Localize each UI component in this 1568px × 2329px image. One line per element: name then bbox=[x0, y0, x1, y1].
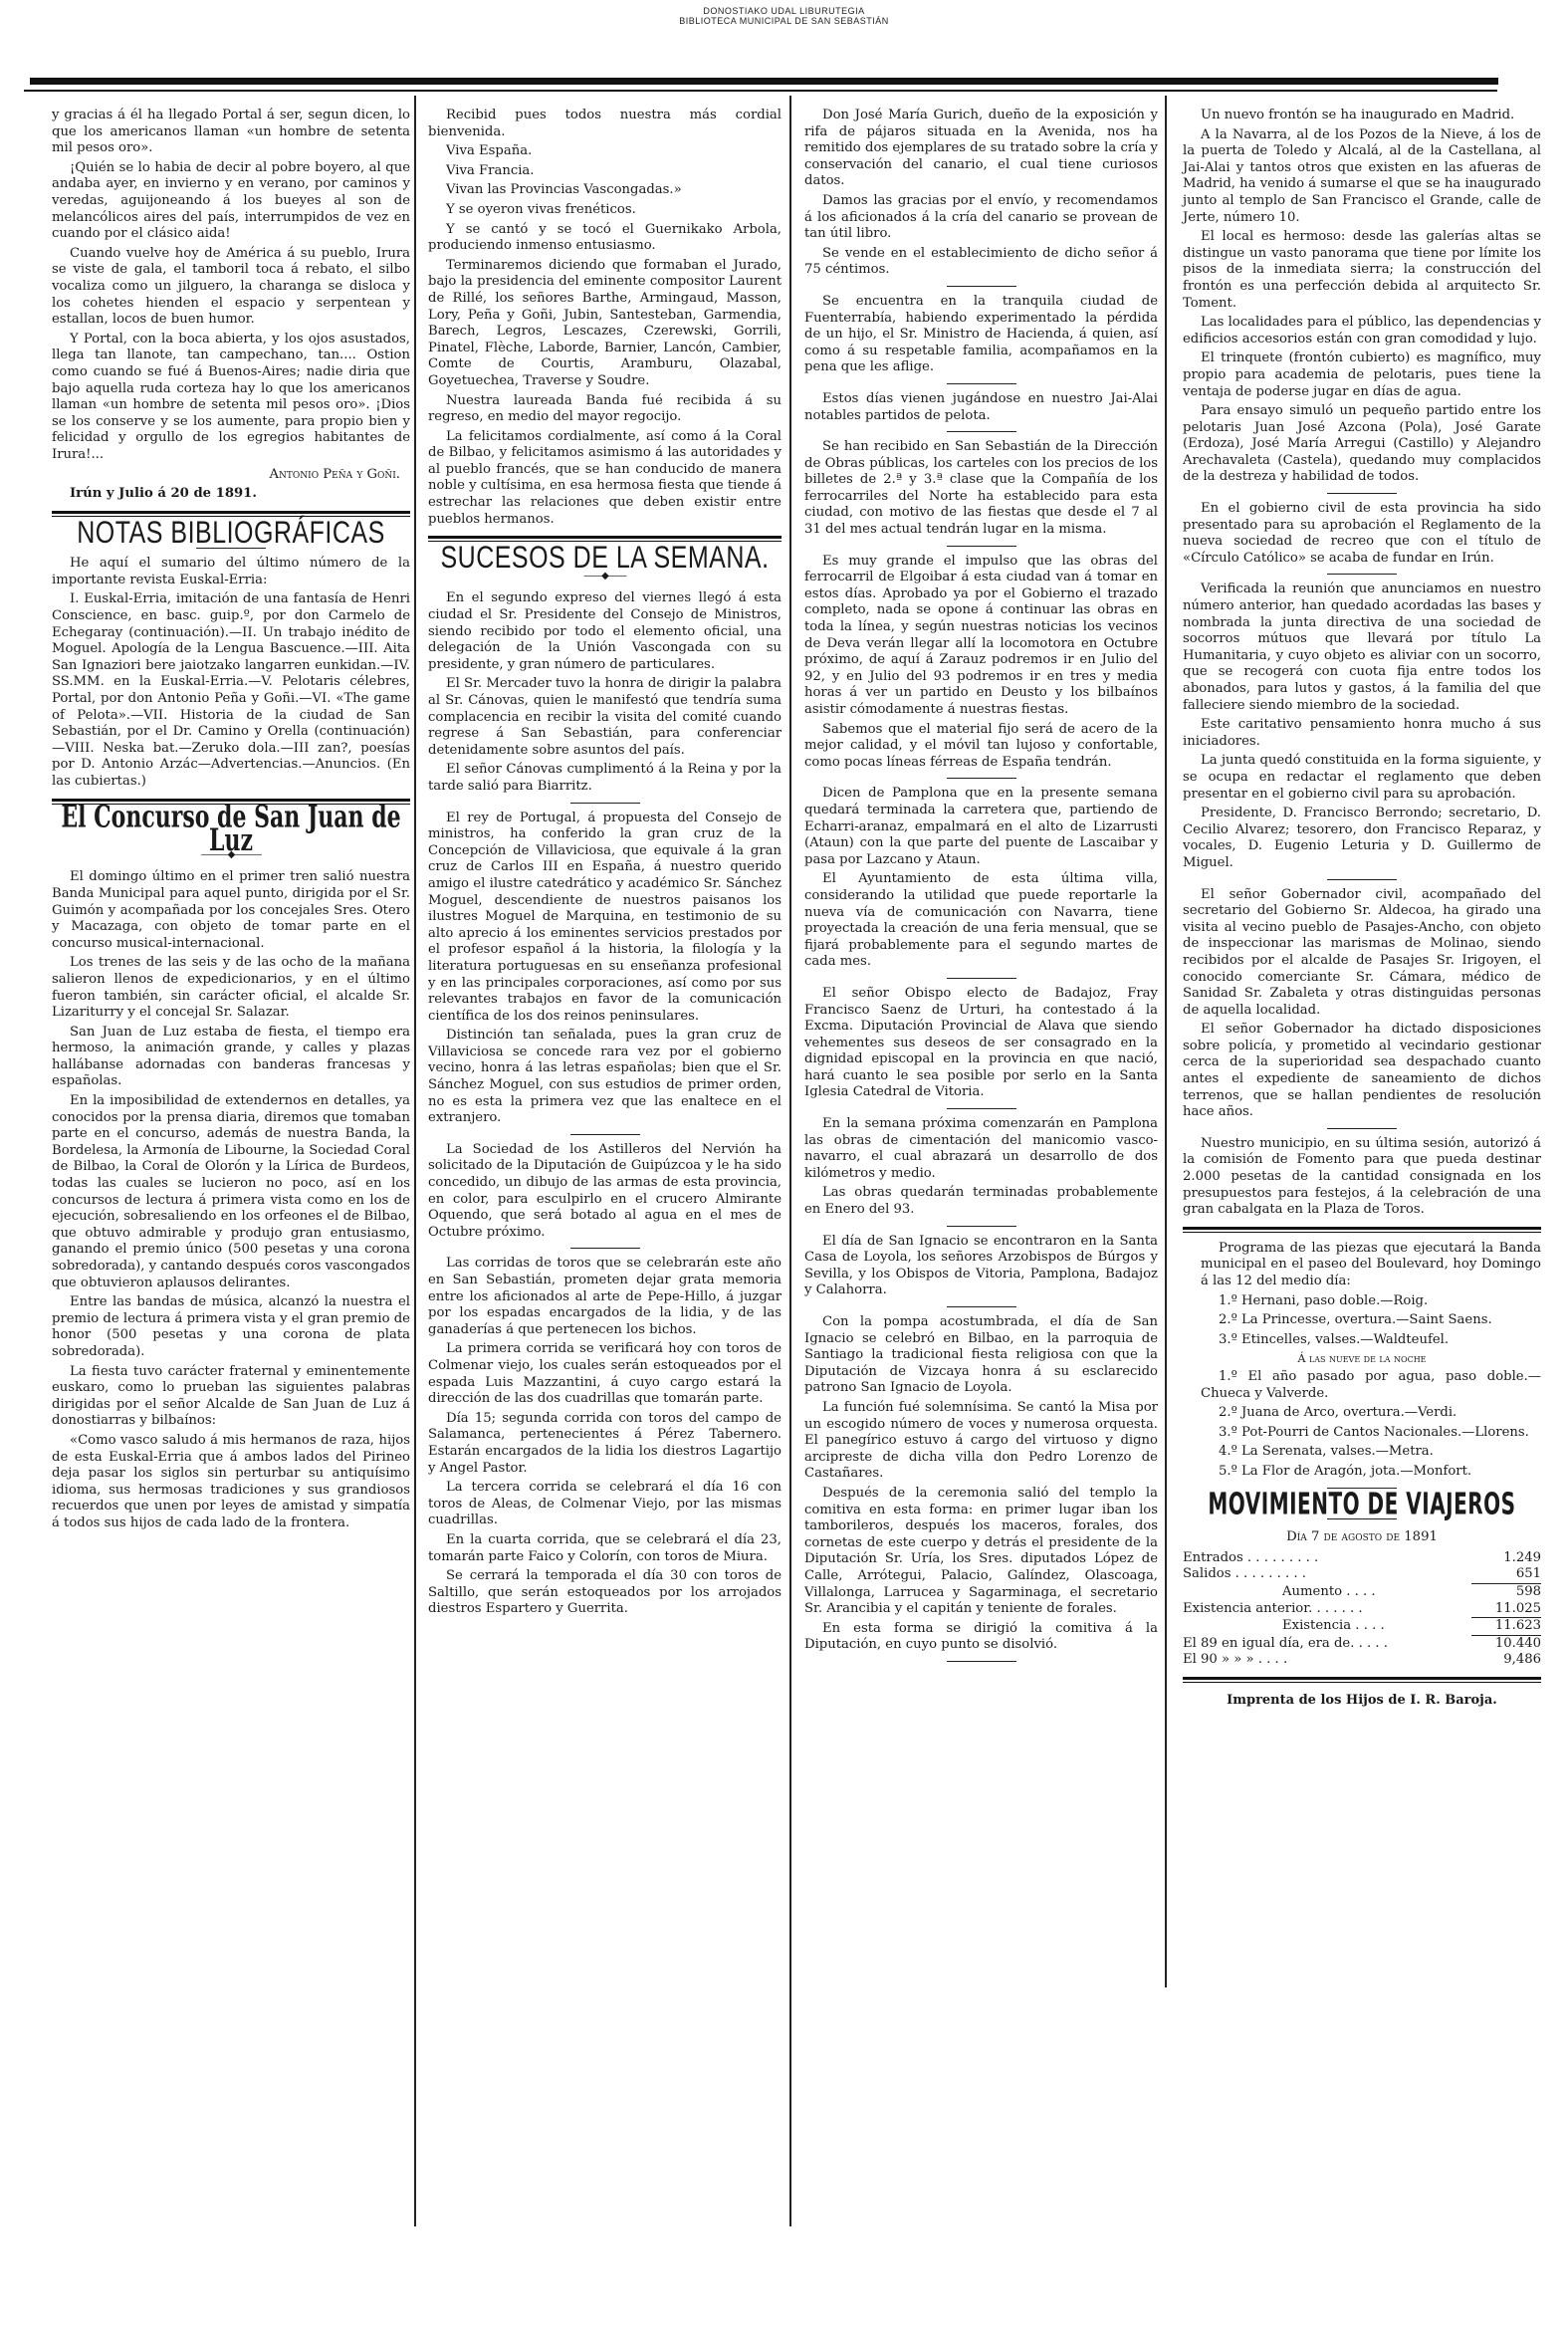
stat-label: Salidos . . . . . . . . . bbox=[1183, 1566, 1471, 1584]
library-header-spanish: BIBLIOTECA MUNICIPAL DE SAN SEBASTIÁN bbox=[0, 16, 1568, 26]
article-paragraph: Cuando vuelve hoy de América á su pueblo… bbox=[52, 246, 410, 329]
news-item: Para ensayo simuló un pequeño partido en… bbox=[1183, 403, 1541, 486]
stat-value: 10.440 bbox=[1471, 1636, 1541, 1653]
article-paragraph: Nuestra laureada Banda fué recibida á su… bbox=[428, 393, 782, 426]
column-3: Don José María Gurich, dueño de la expos… bbox=[804, 108, 1158, 1669]
column-divider bbox=[414, 96, 416, 2226]
article-paragraph: Y Portal, con la boca abierta, y los ojo… bbox=[52, 332, 410, 464]
stat-value: 11.623 bbox=[1471, 1618, 1541, 1636]
stat-row-existencia: Existencia . . . . 11.623 bbox=[1183, 1618, 1541, 1636]
news-item: En esta forma se dirigió la comitiva á l… bbox=[804, 1621, 1158, 1654]
stat-value: 598 bbox=[1471, 1584, 1541, 1601]
item-separator bbox=[947, 546, 1016, 547]
news-item: La Sociedad de los Astilleros del Nervió… bbox=[428, 1142, 782, 1242]
article-paragraph: Terminaremos diciendo que formaban el Ju… bbox=[428, 258, 782, 390]
article-paragraph: Entre las bandas de música, alcanzó la n… bbox=[52, 1294, 410, 1360]
news-item: En el gobierno civil de esta provincia h… bbox=[1183, 501, 1541, 567]
news-item: Se han recibido en San Sebastián de la D… bbox=[804, 439, 1158, 539]
news-item: En la cuarta corrida, que se celebrará e… bbox=[428, 1532, 782, 1565]
article-paragraph: La fiesta tuvo carácter fraternal y emin… bbox=[52, 1364, 410, 1430]
printer-imprint: Imprenta de los Hijos de I. R. Baroja. bbox=[1183, 1693, 1541, 1710]
article-paragraph: La felicitamos cordialmente, así como á … bbox=[428, 429, 782, 529]
item-separator bbox=[1327, 1128, 1397, 1129]
news-item: Distinción tan señalada, pues la gran cr… bbox=[428, 1028, 782, 1127]
article-paragraph: En la imposibilidad de extendernos en de… bbox=[52, 1093, 410, 1291]
stat-value: 9,486 bbox=[1471, 1652, 1541, 1669]
program-item: 1.º El año pasado por agua, paso doble.—… bbox=[1183, 1369, 1541, 1402]
column-4: Un nuevo frontón se ha inaugurado en Mad… bbox=[1183, 108, 1541, 1709]
article-paragraph: ¡Quién se lo habia de decir al pobre boy… bbox=[52, 160, 410, 243]
program-heading: Programa de las piezas que ejecutará la … bbox=[1183, 1241, 1541, 1290]
news-item: Es muy grande el impulso que las obras d… bbox=[804, 554, 1158, 719]
article-paragraph: Recibid pues todos nuestra más cordial b… bbox=[428, 108, 782, 140]
news-item: El Sr. Mercader tuvo la honra de dirigir… bbox=[428, 676, 782, 759]
library-header-basque: DONOSTIAKO UDAL LIBURUTEGIA bbox=[0, 6, 1568, 16]
section-rule bbox=[1183, 1677, 1541, 1683]
news-item: El señor Obispo electo de Badajoz, Fray … bbox=[804, 986, 1158, 1101]
program-item: 2.º La Princesse, overtura.—Saint Saens. bbox=[1183, 1312, 1541, 1329]
section-rule bbox=[1183, 1227, 1541, 1233]
news-item: Nuestro municipio, en su última sesión, … bbox=[1183, 1136, 1541, 1219]
article-paragraph: «Como vasco saludo á mis hermanos de raz… bbox=[52, 1433, 410, 1532]
item-separator bbox=[947, 383, 1016, 384]
stat-label: Existencia . . . . bbox=[1183, 1618, 1471, 1636]
stat-row-1889: El 89 en igual día, era de. . . . . 10.4… bbox=[1183, 1636, 1541, 1653]
stat-row-salidos: Salidos . . . . . . . . . 651 bbox=[1183, 1566, 1541, 1584]
stats-date: Día 7 de agosto de 1891 bbox=[1183, 1529, 1541, 1546]
top-thin-rule bbox=[24, 90, 1497, 92]
news-item: Estos días vienen jugándose en nuestro J… bbox=[804, 391, 1158, 424]
item-separator bbox=[570, 1248, 640, 1249]
news-item: La tercera corrida se celebrará el día 1… bbox=[428, 1480, 782, 1529]
section-title-viajeros: MOVIMIENTO DE VIAJEROS bbox=[1183, 1491, 1541, 1515]
news-item: Se encuentra en la tranquila ciudad de F… bbox=[804, 294, 1158, 376]
article-paragraph: Y se oyeron vivas frenéticos. bbox=[428, 202, 782, 219]
news-item: La primera corrida se verificará hoy con… bbox=[428, 1341, 782, 1407]
top-thick-rule bbox=[30, 78, 1498, 85]
news-item: Verificada la reunión que anunciamos en … bbox=[1183, 582, 1541, 714]
item-separator bbox=[947, 1108, 1016, 1109]
item-separator bbox=[947, 286, 1016, 287]
program-item: 3.º Pot-Pourri de Cantos Nacionales.—Llo… bbox=[1183, 1425, 1541, 1442]
stat-label: El 90 » » » . . . . bbox=[1183, 1652, 1471, 1669]
item-separator bbox=[947, 1661, 1016, 1662]
news-item: El señor Cánovas cumplimentó á la Reina … bbox=[428, 762, 782, 795]
news-item: A la Navarra, al de los Pozos de la Niev… bbox=[1183, 127, 1541, 227]
program-item: 4.º La Serenata, valses.—Metra. bbox=[1183, 1444, 1541, 1461]
item-separator bbox=[947, 978, 1016, 979]
program-item: 2.º Juana de Arco, overtura.—Verdi. bbox=[1183, 1405, 1541, 1422]
stat-label: Existencia anterior. . . . . . . bbox=[1183, 1601, 1471, 1619]
news-item: En la semana próxima comenzarán en Pampl… bbox=[804, 1116, 1158, 1182]
program-item: 3.º Etincelles, valses.—Waldteufel. bbox=[1183, 1332, 1541, 1349]
article-paragraph: He aquí el sumario del último número de … bbox=[52, 556, 410, 588]
item-separator bbox=[947, 431, 1016, 432]
stat-label: Entrados . . . . . . . . . bbox=[1183, 1550, 1471, 1567]
column-divider bbox=[789, 96, 791, 2226]
news-item: Se vende en el establecimiento de dicho … bbox=[804, 246, 1158, 279]
section-title-notas: NOTAS BIBLIOGRÁFICAS bbox=[52, 523, 410, 544]
news-item: El rey de Portugal, á propuesta del Cons… bbox=[428, 811, 782, 1026]
news-item: La junta quedó constituida en la forma s… bbox=[1183, 753, 1541, 803]
news-item: El día de San Ignacio se encontraron en … bbox=[804, 1234, 1158, 1299]
viva-line: Viva Francia. bbox=[428, 163, 782, 180]
article-paragraph: I. Euskal-Erria, imitación de una fantas… bbox=[52, 591, 410, 790]
column-2: Recibid pues todos nuestra más cordial b… bbox=[428, 108, 782, 1621]
stat-label: El 89 en igual día, era de. . . . . bbox=[1183, 1636, 1471, 1653]
news-item: Se cerrará la temporada el día 30 con to… bbox=[428, 1568, 782, 1618]
news-item: Con la pompa acostumbrada, el día de San… bbox=[804, 1314, 1158, 1397]
viva-line: Viva España. bbox=[428, 143, 782, 160]
stat-label: Aumento . . . . bbox=[1183, 1584, 1471, 1601]
news-item: Las obras quedarán terminadas probableme… bbox=[804, 1185, 1158, 1218]
item-separator bbox=[570, 1134, 640, 1135]
news-item: El local es hermoso: desde las galerías … bbox=[1183, 229, 1541, 312]
item-separator bbox=[1327, 493, 1397, 494]
stat-value: 11.025 bbox=[1471, 1601, 1541, 1619]
viva-line: Vivan las Provincias Vascongadas.» bbox=[428, 182, 782, 199]
stat-value: 1.249 bbox=[1471, 1550, 1541, 1567]
news-item: Las corridas de toros que se celebrarán … bbox=[428, 1256, 782, 1338]
news-item: En el segundo expreso del viernes llegó … bbox=[428, 590, 782, 673]
item-separator bbox=[947, 778, 1016, 779]
article-paragraph: Y se cantó y se tocó el Guernikako Arbol… bbox=[428, 222, 782, 255]
news-item: Dicen de Pamplona que en la presente sem… bbox=[804, 786, 1158, 868]
news-item: Un nuevo frontón se ha inaugurado en Mad… bbox=[1183, 108, 1541, 124]
article-paragraph: San Juan de Luz estaba de fiesta, el tie… bbox=[52, 1025, 410, 1090]
program-item: 1.º Hernani, paso doble.—Roig. bbox=[1183, 1293, 1541, 1310]
program-night-label: Á las nueve de la noche bbox=[1183, 1351, 1541, 1368]
item-separator bbox=[947, 1226, 1016, 1227]
article-paragraph: Los trenes de las seis y de las ocho de … bbox=[52, 955, 410, 1021]
stat-row-entrados: Entrados . . . . . . . . . 1.249 bbox=[1183, 1550, 1541, 1567]
program-item: 5.º La Flor de Aragón, jota.—Monfort. bbox=[1183, 1464, 1541, 1481]
item-separator bbox=[1327, 574, 1397, 575]
column-divider bbox=[1165, 96, 1167, 1987]
news-item: Día 15; segunda corrida con toros del ca… bbox=[428, 1411, 782, 1477]
news-item: Sabemos que el material fijo será de ace… bbox=[804, 722, 1158, 772]
stat-row-aumento: Aumento . . . . 598 bbox=[1183, 1584, 1541, 1601]
dateline: Irún y Julio á 20 de 1891. bbox=[52, 486, 410, 503]
stat-row-1890: El 90 » » » . . . . 9,486 bbox=[1183, 1652, 1541, 1669]
column-1: y gracias á él ha llegado Portal á ser, … bbox=[52, 108, 410, 1535]
news-item: Después de la ceremonia salió del templo… bbox=[804, 1486, 1158, 1618]
news-item: Don José María Gurich, dueño de la expos… bbox=[804, 108, 1158, 190]
stat-row-existencia-anterior: Existencia anterior. . . . . . . 11.025 bbox=[1183, 1601, 1541, 1619]
stat-value: 651 bbox=[1471, 1566, 1541, 1584]
section-title-sucesos: SUCESOS DE LA SEMANA. bbox=[428, 548, 782, 569]
news-item: El trinquete (frontón cubierto) es magní… bbox=[1183, 350, 1541, 400]
news-item: El señor Gobernador civil, acompañado de… bbox=[1183, 887, 1541, 1020]
item-separator bbox=[570, 803, 640, 804]
author-signature: Antonio Peña y Goñi. bbox=[52, 467, 400, 484]
library-header: DONOSTIAKO UDAL LIBURUTEGIA BIBLIOTECA M… bbox=[0, 6, 1568, 26]
article-paragraph: y gracias á él ha llegado Portal á ser, … bbox=[52, 108, 410, 157]
news-item: Presidente, D. Francisco Berrondo; secre… bbox=[1183, 806, 1541, 871]
news-item: Las localidades para el público, las dep… bbox=[1183, 315, 1541, 348]
news-item: Damos las gracias por el envío, y recome… bbox=[804, 193, 1158, 243]
section-title-concurso: El Concurso de San Juan de Luz bbox=[52, 806, 410, 851]
item-separator bbox=[947, 1306, 1016, 1307]
article-paragraph: El domingo último en el primer tren sali… bbox=[52, 869, 410, 952]
news-item: El Ayuntamiento de esta última villa, co… bbox=[804, 871, 1158, 971]
news-item: La función fué solemnísima. Se cantó la … bbox=[804, 1400, 1158, 1483]
news-item: El señor Gobernador ha dictado disposici… bbox=[1183, 1022, 1541, 1121]
news-item: Este caritativo pensamiento honra mucho … bbox=[1183, 717, 1541, 750]
item-separator bbox=[1327, 879, 1397, 880]
